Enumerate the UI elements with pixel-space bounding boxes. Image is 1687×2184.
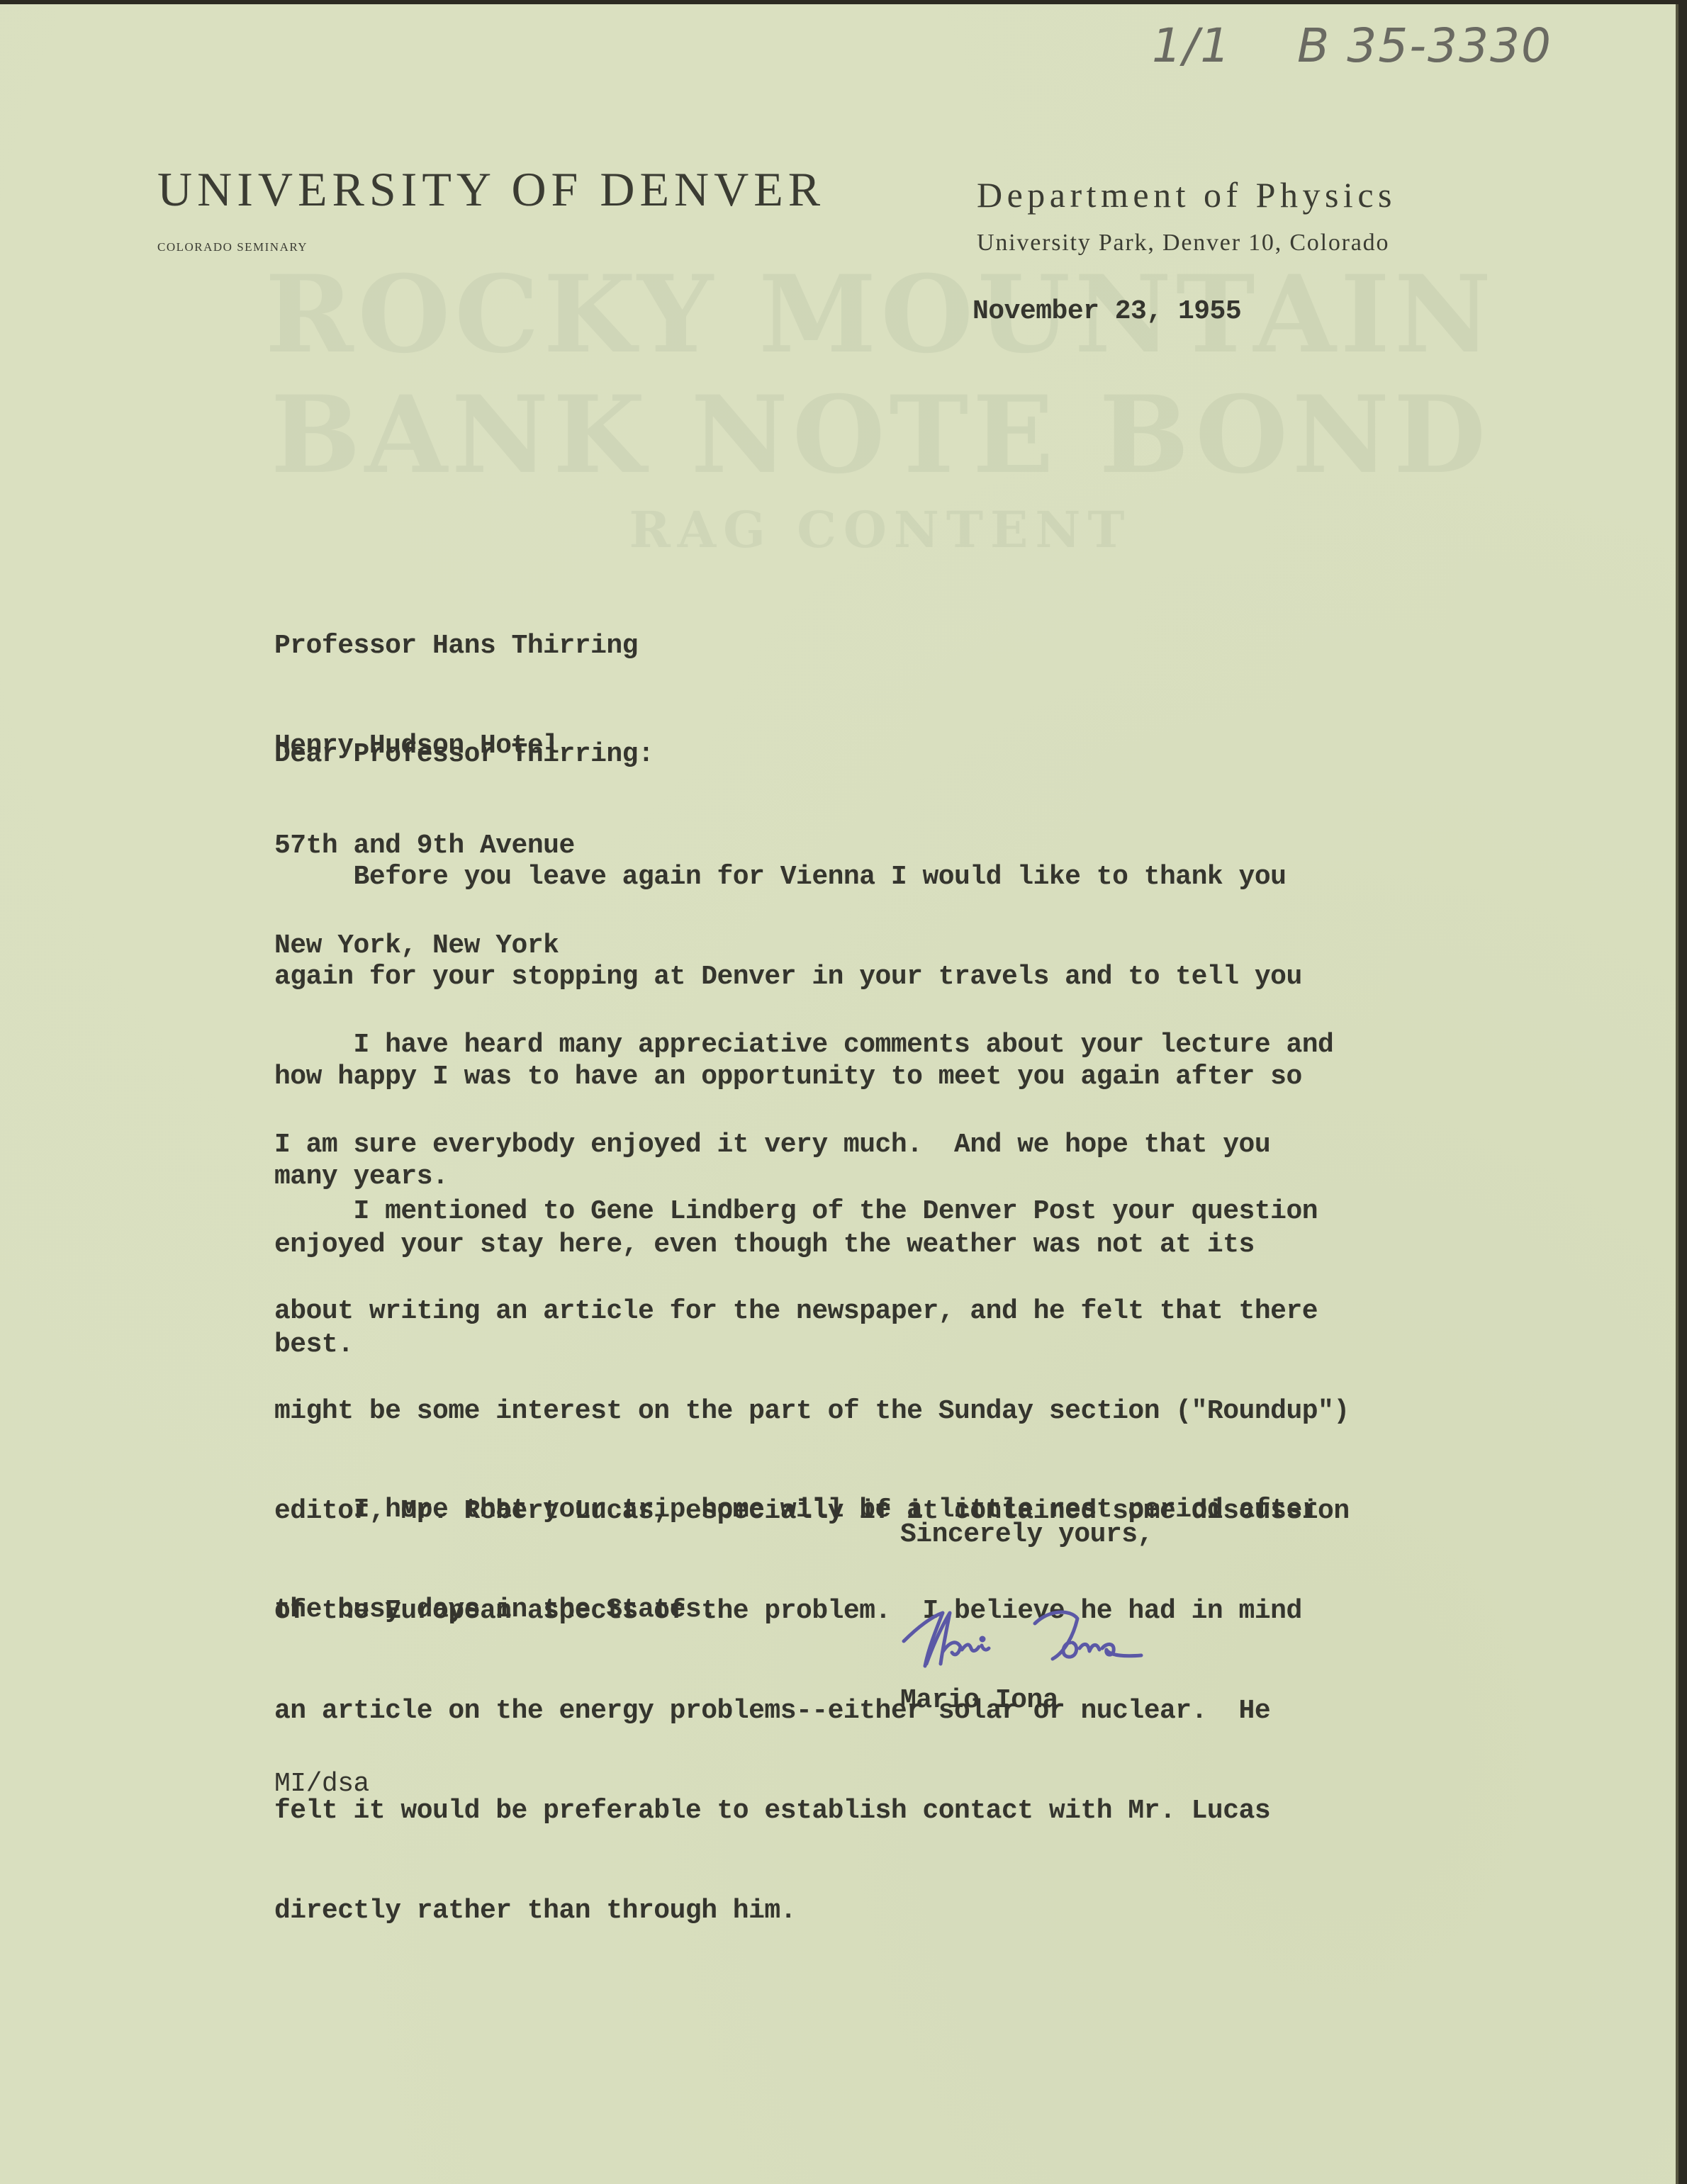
watermark-line: RAG CONTENT [43, 500, 1687, 559]
paragraph-line: Before you leave again for Vienna I woul… [274, 860, 1302, 894]
letter-page: ROCKY MOUNTAIN BANK NOTE BOND RAG CONTEN… [0, 4, 1678, 2184]
letterhead-subtitle: COLORADO SEMINARY [157, 240, 308, 254]
paragraph-line: I hope that your trip home will be a lit… [274, 1493, 1318, 1526]
paragraph-line: an article on the energy problems--eithe… [274, 1694, 1350, 1728]
body-paragraph: I hope that your trip home will be a lit… [274, 1426, 1318, 1693]
signer-name: Mario Iona [900, 1685, 1058, 1716]
archive-page-marker: 1/1 [1152, 18, 1231, 73]
paragraph-line: I mentioned to Gene Lindberg of the Denv… [274, 1195, 1350, 1228]
watermark-line: ROCKY MOUNTAIN [43, 252, 1687, 377]
paragraph-line: felt it would be preferable to establish… [274, 1794, 1350, 1828]
watermark-line: BANK NOTE BOND [43, 373, 1687, 497]
closing: Sincerely yours, [900, 1519, 1153, 1550]
paragraph-line: directly rather than through him. [274, 1894, 1350, 1927]
salutation: Dear Professor Thirring: [274, 739, 654, 770]
reference-initials: MI/dsa [274, 1769, 369, 1799]
paragraph-line: about writing an article for the newspap… [274, 1295, 1350, 1328]
letterhead-address: University Park, Denver 10, Colorado [977, 230, 1389, 257]
recipient-address-line: Professor Hans Thirring [274, 629, 638, 663]
handwritten-signature [890, 1599, 1159, 1677]
letterhead-institution: UNIVERSITY OF DENVER [157, 162, 825, 218]
letter-date: November 23, 1955 [973, 296, 1241, 327]
paragraph-line: the busy days in the States. [274, 1593, 1318, 1626]
letterhead-department: Department of Physics [977, 174, 1396, 215]
archive-catalog-code: B 35-3330 [1297, 18, 1552, 73]
paragraph-line: might be some interest on the part of th… [274, 1395, 1350, 1428]
paragraph-line: I have heard many appreciative comments … [274, 1028, 1333, 1062]
